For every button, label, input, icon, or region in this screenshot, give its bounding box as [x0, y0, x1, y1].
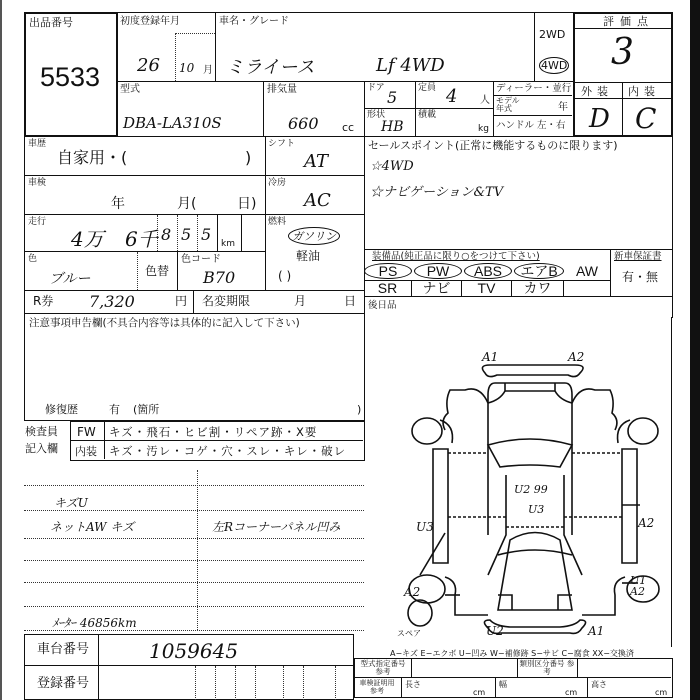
shape-box: 形状 HB	[364, 108, 416, 137]
inspection-label: 車検	[28, 178, 46, 189]
doors-label: ドア	[367, 83, 385, 94]
displacement-value: 660	[288, 114, 319, 133]
model-year-label: モデル年式	[496, 97, 524, 113]
equip-navi: ナビ	[412, 280, 462, 296]
capacity-unit: 人	[480, 95, 490, 106]
shift-box: シフト AT	[265, 136, 365, 176]
car-name-box: 車名・グレード ミライース Lf 4WD	[215, 12, 535, 82]
equip-leather: カワ	[512, 280, 564, 296]
mark-left-side-u3: U3	[416, 520, 434, 534]
model-value: DBA-LA310S	[123, 114, 222, 132]
mark-right-side-a2: A2	[638, 516, 654, 530]
doors-value: 5	[387, 88, 397, 107]
shape-value: HB	[381, 119, 404, 135]
mark-roof-u2: U2 99	[514, 483, 548, 496]
first-reg-month: 10	[179, 61, 194, 75]
color-box: 色 ブルー 色替 色コード B70	[24, 251, 266, 291]
history-label: 車歴	[28, 139, 46, 150]
equip-tv: TV	[462, 280, 512, 296]
mileage-digit3: 5	[201, 225, 211, 244]
displacement-box: 排気量 660 cc	[263, 81, 365, 137]
height-unit: cm	[655, 687, 667, 698]
history-value: 自家用・(	[57, 149, 127, 167]
first-registration-box: 初度登録年月 26 10 月	[116, 12, 216, 82]
right-scan-edge	[690, 0, 700, 700]
lot-number-value: 5533	[40, 62, 100, 93]
mileage-digit1: 8	[161, 225, 171, 244]
fuel-gasoline-circled: ガソリン	[288, 227, 340, 245]
length-label: 長さ	[405, 679, 421, 690]
displacement-unit: cc	[342, 122, 354, 133]
model-box: 型式 DBA-LA310S	[116, 81, 264, 137]
mark-roof-u3: U3	[528, 503, 544, 516]
ac-box: 冷房 AC	[265, 175, 365, 215]
fuel-other: ( )	[278, 271, 291, 282]
drive-type-box: 2WD 4WD	[534, 12, 574, 82]
notes-label: 注意事項申告欄(不具合内容等は具体的に記入して下さい)	[29, 318, 300, 329]
equip-abs-circled: ABS	[464, 263, 512, 279]
lot-number-label: 出品番号	[29, 17, 73, 28]
car-name-label: 車名・グレード	[219, 16, 289, 27]
width-unit: cm	[565, 687, 577, 698]
mark-left-rear-a2: A2	[404, 585, 420, 599]
equip-aw: AW	[564, 263, 610, 279]
exterior-grade: D	[589, 104, 610, 134]
color-change-label: 色替	[145, 266, 169, 277]
load-unit: kg	[478, 124, 489, 135]
handle-label: ハンドル 左・右	[496, 120, 566, 131]
color-code-label: 色コード	[181, 254, 221, 265]
name-change-day: 日	[344, 296, 356, 307]
chassis-label: 車台番号	[37, 643, 89, 657]
doors-box: ドア 5	[364, 81, 416, 109]
mark-front-bumper-a2: A2	[568, 350, 584, 364]
history-close: )	[245, 149, 251, 167]
remark-odometer: ﾒｰﾀｰ 46856km	[52, 614, 137, 631]
ac-label: 冷房	[268, 178, 286, 189]
class-number-label: 類別区分番号 参考	[519, 660, 575, 676]
history-box: 車歴 自家用・( )	[24, 136, 266, 176]
remark-corner-panel: 左Rコーナーパネル凹み	[212, 518, 340, 535]
length-unit: cm	[473, 687, 485, 698]
equip-ps-circled: PS	[364, 263, 412, 279]
registration-label: 登録番号	[37, 677, 89, 691]
capacity-value: 4	[446, 86, 457, 107]
color-label: 色	[28, 254, 37, 265]
sales-points-box: セールスポイント(正常に機能するものに限ります) ☆4WD ☆ナビゲーション&T…	[364, 136, 673, 250]
mark-right-rear-u1-a2: U1 A2	[630, 575, 650, 597]
interior-items: キズ・汚レ・コゲ・穴・スレ・キレ・破レ	[109, 445, 346, 458]
name-change-box: 名変期限 月 日	[193, 290, 365, 314]
recycle-unit: 円	[175, 296, 187, 307]
cert-label: 車検証明用 参考	[357, 679, 397, 695]
inspector-label: 検査員	[25, 426, 58, 437]
mark-rear-bumper-u2: U2	[486, 624, 504, 638]
exterior-label: 外装	[581, 86, 613, 97]
sales-point-navi-tv: ☆ナビゲーション&TV	[370, 181, 503, 200]
fuel-label: 燃料	[268, 217, 286, 228]
model-label: 型式	[120, 84, 140, 95]
capacity-box: 定員 4 人	[415, 81, 494, 109]
height-label: 高さ	[591, 679, 607, 690]
first-reg-year: 26	[137, 55, 160, 76]
color-value: ブルー	[49, 268, 90, 288]
remark-net-aw: ネットAW キズ	[50, 518, 134, 535]
mark-rear-bumper-a1: A1	[588, 624, 604, 638]
sales-points-label: セールスポイント(正常に機能するものに限ります)	[368, 140, 618, 151]
recycle-value: 7,320	[89, 292, 135, 311]
interior-label-row: 内装	[75, 445, 97, 458]
remark-scratch-u: キズU	[54, 494, 88, 511]
mark-front-bumper-a1: A1	[482, 350, 498, 364]
recycle-box: R券 7,320 円	[24, 290, 194, 314]
spec-table: 型式指定番号 参考 類別区分番号 参考 車検証明用 参考 長さ cm 幅 cm …	[354, 658, 673, 698]
capacity-label: 定員	[418, 83, 436, 94]
fuel-box: 燃料 ガソリン 軽油 ( )	[265, 214, 365, 291]
mileage-man: 4万	[71, 223, 104, 252]
model-year-unit: 年	[558, 102, 568, 113]
month-unit: 月	[203, 65, 213, 76]
spare-label: スペア	[397, 628, 421, 639]
mileage-label: 走行	[28, 217, 46, 228]
first-reg-label: 初度登録年月	[120, 16, 180, 27]
inspection-box: 車検 年 月( 日)	[24, 175, 266, 215]
interior-label: 内装	[628, 86, 660, 97]
later-items-box: 後日品	[364, 296, 673, 318]
shift-value: AT	[304, 151, 328, 172]
inspection-month: 月(	[177, 196, 196, 212]
recycle-label: R券	[33, 296, 53, 307]
warranty-options: 有・無	[622, 272, 658, 283]
load-box: 積載 kg	[415, 108, 494, 137]
equipment-box: 装備品(純正品に限り○をつけて下さい) 新車保証書 有・無 PS PW ABS …	[364, 249, 673, 297]
fw-items: キズ・飛石・ヒビ割・リペア跡・X要	[109, 426, 317, 439]
warranty-label: 新車保証書	[614, 251, 662, 262]
fuel-diesel: 軽油	[296, 251, 320, 262]
color-code-value: B70	[203, 268, 235, 287]
repair-place-close: )	[357, 404, 361, 415]
equip-sr: SR	[364, 280, 412, 296]
name-change-label: 名変期限	[202, 296, 250, 307]
chassis-table: 車台番号 1059645 登録番号	[24, 634, 354, 700]
mileage-unit: km	[221, 239, 235, 250]
displacement-label: 排気量	[267, 84, 297, 95]
drive-4wd-circled: 4WD	[539, 57, 569, 74]
lot-number-box: 出品番号 5533	[24, 12, 118, 137]
load-label: 積載	[418, 110, 436, 121]
mileage-digit2: 5	[181, 225, 191, 244]
repair-history-yes: 有	[109, 404, 120, 415]
later-items-label: 後日品	[368, 300, 397, 311]
fw-label: FW	[77, 426, 96, 439]
score-box: 評価点 3 外装 内装 D C	[573, 12, 673, 137]
score-value: 3	[611, 32, 634, 73]
inspection-year: 年	[111, 196, 125, 212]
sales-point-4wd: ☆4WD	[370, 159, 414, 174]
mileage-box: 走行 4万 6千 8 5 5 km	[24, 214, 266, 252]
notes-box: 注意事項申告欄(不具合内容等は具体的に記入して下さい) 修復歴 有 (箇所 )	[24, 313, 365, 421]
equip-airbag-circled: エアB	[514, 263, 564, 279]
car-grade-value: Lf 4WD	[376, 55, 445, 76]
ac-value: AC	[304, 190, 331, 211]
drive-2wd: 2WD	[539, 29, 565, 40]
repair-place-label: (箇所	[133, 404, 159, 415]
entry-column-label: 記入欄	[25, 443, 58, 454]
dealer-box: ディーラー・並行 モデル年式 年 ハンドル 左・右	[493, 81, 574, 137]
left-scan-edge	[0, 0, 2, 700]
name-change-month: 月	[294, 296, 306, 307]
equipment-label: 装備品(純正品に限り○をつけて下さい)	[372, 251, 540, 262]
interior-grade: C	[635, 102, 656, 135]
type-designation-label: 型式指定番号 参考	[357, 660, 409, 676]
inspection-day: 日)	[237, 196, 256, 212]
mileage-sen: 6千	[125, 223, 158, 252]
score-label: 評価点	[603, 16, 654, 27]
dealer-label: ディーラー・並行	[496, 83, 571, 94]
car-name-value: ミライース	[226, 53, 315, 79]
width-label: 幅	[499, 679, 507, 690]
chassis-number: 1059645	[149, 639, 238, 663]
inspector-table: FW キズ・飛石・ヒビ割・リペア跡・X要 内装 キズ・汚レ・コゲ・穴・スレ・キレ…	[70, 421, 365, 461]
repair-history-label: 修復歴	[45, 404, 78, 415]
equip-pw-circled: PW	[414, 263, 462, 279]
shift-label: シフト	[268, 139, 295, 150]
